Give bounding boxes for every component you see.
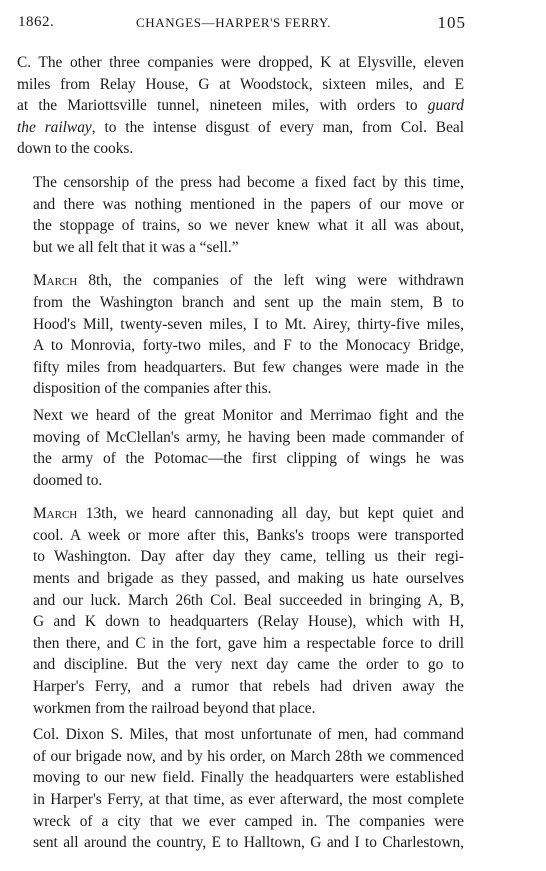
text-line: miles from Relay House, G at Woodstock, …	[17, 74, 464, 96]
italic-text: guard	[428, 97, 464, 114]
text-line: cool. A week or more after this, Banks's…	[17, 525, 464, 547]
text-line: in Harper's Ferry, at that time, as ever…	[17, 789, 464, 811]
small-caps-lead: March	[33, 272, 77, 289]
header-running-title: CHANGES—HARPER'S FERRY.	[136, 15, 331, 31]
text-span: , to the intense disgust of every man, f…	[92, 119, 464, 136]
text-line: The censorship of the press had become a…	[17, 172, 464, 194]
header-page-number: 105	[438, 13, 467, 33]
text-line: fifty miles from headquarters. But few c…	[17, 357, 464, 379]
header-year: 1862.	[18, 14, 54, 31]
running-header: 1862. CHANGES—HARPER'S FERRY. 105	[18, 14, 464, 36]
text-line: doomed to.	[17, 470, 464, 492]
text-span: 13th, we heard cannonading all day, but …	[77, 505, 464, 522]
text-line: moving of McClellan's army, he having be…	[17, 427, 464, 449]
page-body: C. The other three companies were droppe…	[17, 52, 464, 854]
text-line: the railway, to the intense disgust of e…	[17, 117, 464, 139]
text-line: March 8th, the companies of the left win…	[17, 270, 464, 292]
text-line: from the Washington branch and sent up t…	[17, 292, 464, 314]
text-line: the stoppage of trains, so we never knew…	[17, 215, 464, 237]
text-line: Col. Dixon S. Miles, that most unfortuna…	[17, 724, 464, 746]
text-line: Next we heard of the great Monitor and M…	[17, 405, 464, 427]
small-caps-lead: March	[33, 505, 77, 522]
paragraph-6: Col. Dixon S. Miles, that most unfortuna…	[17, 724, 464, 854]
text-line: at the Mariottsville tunnel, nineteen mi…	[17, 95, 464, 117]
text-line: wreck of a city that we ever camped in. …	[17, 811, 464, 833]
paragraph-2: The censorship of the press had become a…	[17, 172, 464, 258]
text-line: workmen from the railroad beyond that pl…	[17, 698, 464, 720]
text-line: A to Monrovia, forty-two miles, and F to…	[17, 335, 464, 357]
text-line: disposition of the companies after this.	[17, 378, 464, 400]
text-line: and there was nothing mentioned in the p…	[17, 194, 464, 216]
text-line: C. The other three companies were droppe…	[17, 52, 464, 74]
paragraph-5: March 13th, we heard cannonading all day…	[17, 503, 464, 719]
italic-text: the railway	[17, 119, 92, 136]
text-line: and our luck. March 26th Col. Beal succe…	[17, 590, 464, 612]
paragraph-4: Next we heard of the great Monitor and M…	[17, 405, 464, 491]
text-line: sent all around the country, E to Hallto…	[17, 832, 464, 854]
text-line: March 13th, we heard cannonading all day…	[17, 503, 464, 525]
text-line: then there, and C in the fort, gave him …	[17, 633, 464, 655]
text-line: and discipline. But the very next day ca…	[17, 654, 464, 676]
paragraph-1: C. The other three companies were droppe…	[17, 52, 464, 160]
text-line: Hood's Mill, twenty-seven miles, I to Mt…	[17, 314, 464, 336]
text-line: ments and brigade as they passed, and ma…	[17, 568, 464, 590]
text-span: at the Mariottsville tunnel, nineteen mi…	[17, 97, 428, 114]
text-span: 8th, the companies of the left wing were…	[77, 272, 464, 289]
paragraph-3: March 8th, the companies of the left win…	[17, 270, 464, 400]
text-line: Harper's Ferry, and a rumor that rebels …	[17, 676, 464, 698]
text-line: down to the cooks.	[17, 138, 464, 160]
text-line: moving to our new field. Finally the hea…	[17, 767, 464, 789]
text-line: but we all felt that it was a “sell.”	[17, 237, 464, 259]
text-line: to Washington. Day after day they came, …	[17, 546, 464, 568]
text-line: the army of the Potomac—the first clippi…	[17, 448, 464, 470]
text-line: of our brigade now, and by his order, on…	[17, 746, 464, 768]
text-line: G and K down to headquarters (Relay Hous…	[17, 611, 464, 633]
